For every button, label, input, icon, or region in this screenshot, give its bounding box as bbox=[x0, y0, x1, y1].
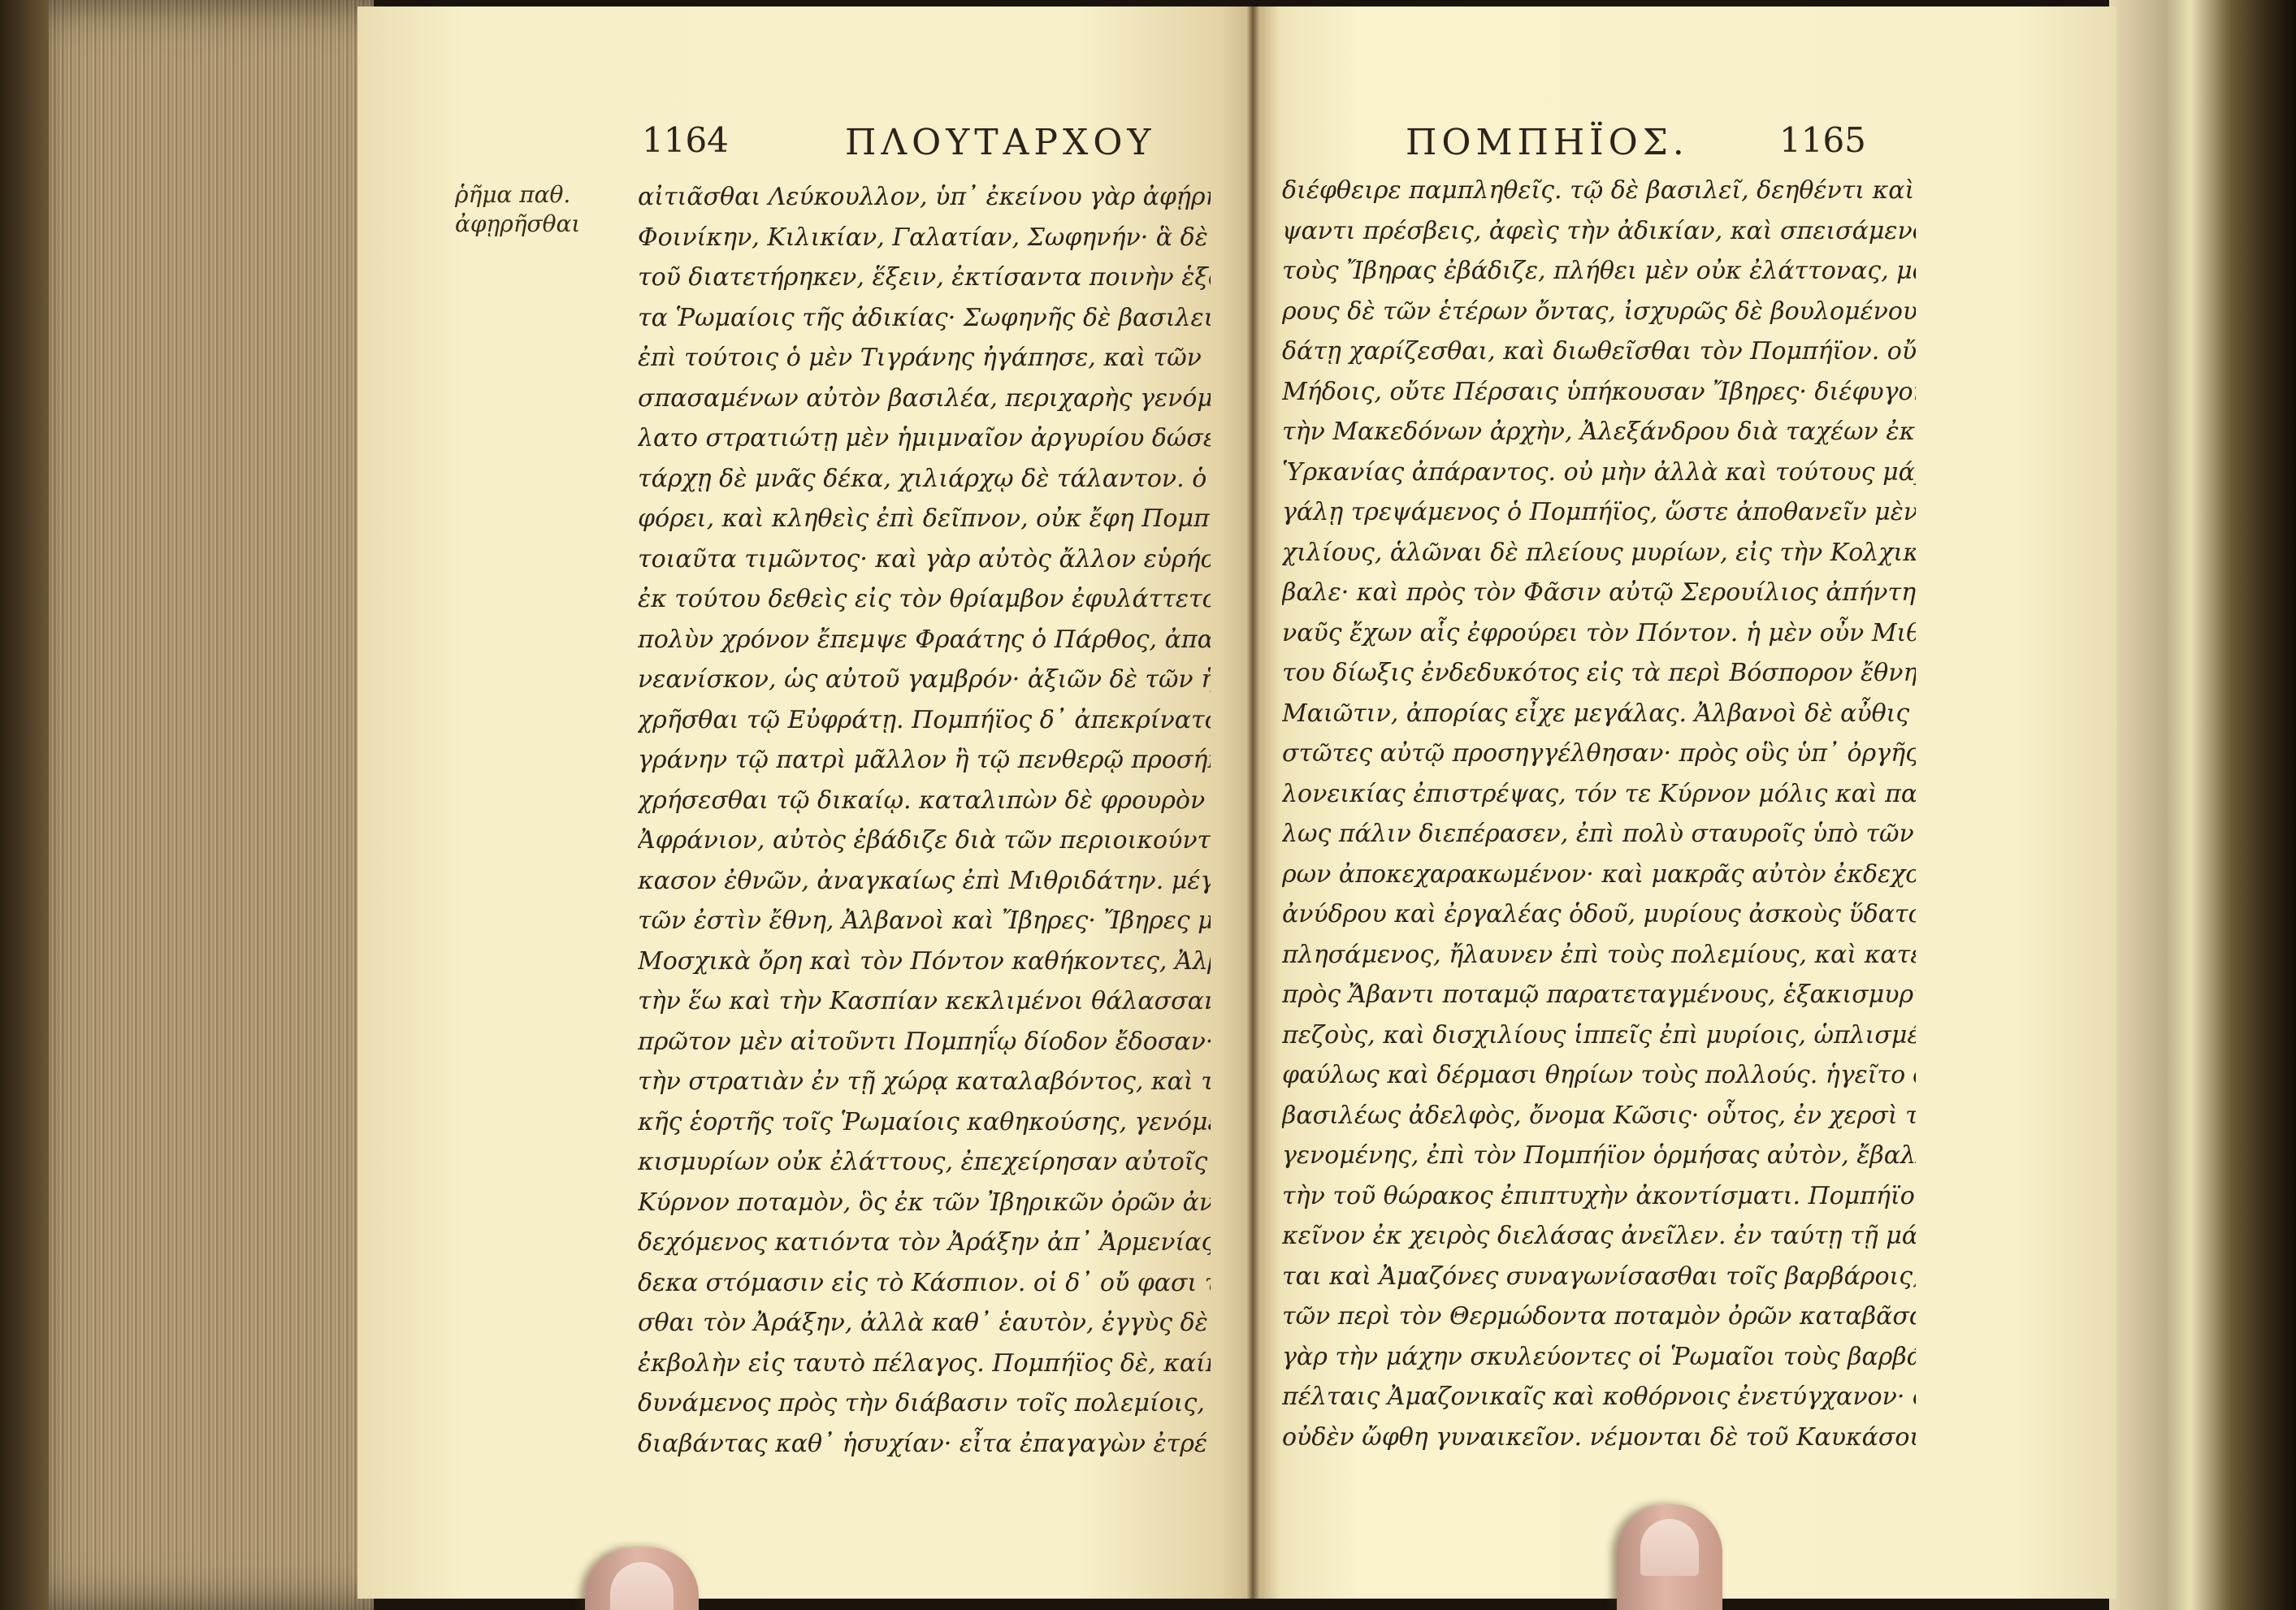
text-line: δεκα στόμασιν εἰς τὸ Κάσπιον. οἱ δ᾽ οὔ φ… bbox=[638, 1263, 1211, 1304]
text-line: τὴν στρατιὰν ἐν τῇ χώρᾳ καταλαβόντος, κα… bbox=[638, 1062, 1211, 1102]
margin-note-line: ῥῆμα παθ. bbox=[455, 180, 580, 210]
text-line: διαβάντας καθ᾽ ἡσυχίαν· εἶτα ἐπαγαγὼν ἐτ… bbox=[638, 1424, 1211, 1465]
text-line: χιλίους, ἁλῶναι δὲ πλείους μυρίων, εἰς τ… bbox=[1282, 533, 1916, 573]
text-line: τὴν ἕω καὶ τὴν Κασπίαν κεκλιμένοι θάλασσ… bbox=[638, 981, 1211, 1022]
text-line: πρὸς Ἄβαντι ποταμῷ παρατεταγμένους, ἑξακ… bbox=[1282, 975, 1916, 1015]
left-page-stack bbox=[0, 0, 374, 1610]
text-line: σθαι τὸν Ἀράξην, ἀλλὰ καθ᾽ ἑαυτὸν, ἐγγὺς… bbox=[638, 1303, 1211, 1344]
text-line: σπασαμένων αὐτὸν βασιλέα, περιχαρὴς γενό… bbox=[638, 379, 1211, 419]
text-line: βαλε· καὶ πρὸς τὸν Φᾶσιν αὐτῷ Σερουίλιος… bbox=[1282, 573, 1916, 613]
text-line: ψαντι πρέσβεις, ἀφεὶς τὴν ἀδικίαν, καὶ σ… bbox=[1282, 211, 1916, 252]
margin-note-line: ἀφῃρῆσθαι bbox=[455, 210, 580, 239]
left-running-head: ΠΛΟΥΤΑΡΧΟΥ bbox=[845, 122, 1155, 163]
text-line: νεανίσκον, ὡς αὐτοῦ γαμβρόν· ἀξιῶν δὲ τῶ… bbox=[638, 660, 1211, 700]
text-line: τάρχῃ δὲ μνᾶς δέκα, χιλιάρχῳ δὲ τάλαντον… bbox=[638, 459, 1211, 500]
text-line: του δίωξις ἐνδεδυκότος εἰς τὰ περὶ Βόσπο… bbox=[1282, 653, 1916, 694]
text-line: ἀνύδρου καὶ ἐργαλέας ὁδοῦ, μυρίους ἀσκοὺ… bbox=[1282, 894, 1916, 935]
text-line: γάλῃ τρεψάμενος ὁ Πομπήϊος, ὥστε ἀποθανε… bbox=[1282, 492, 1916, 533]
text-line: ται καὶ Ἀμαζόνες συναγωνίσασθαι τοῖς βαρ… bbox=[1282, 1257, 1916, 1297]
text-line: Φοινίκην, Κιλικίαν, Γαλατίαν, Σωφηνήν· ἃ… bbox=[638, 218, 1211, 258]
handwritten-margin-note: ῥῆμα παθ. ἀφῃρῆσθαι bbox=[455, 180, 580, 239]
text-line: ρων ἀποκεχαρακωμένον· καὶ μακρᾶς αὐτὸν ἐ… bbox=[1282, 855, 1916, 895]
right-page-text: διέφθειρε παμπληθεῖς. τῷ δὲ βασιλεῖ, δεη… bbox=[1282, 171, 1916, 1457]
text-line: χρῆσθαι τῷ Εὐφράτῃ. Πομπήϊος δ᾽ ἀπεκρίνα… bbox=[638, 700, 1211, 741]
text-line: λως πάλιν διεπέρασεν, ἐπὶ πολὺ σταυροῖς … bbox=[1282, 814, 1916, 855]
text-line: διέφθειρε παμπληθεῖς. τῷ δὲ βασιλεῖ, δεη… bbox=[1282, 171, 1916, 211]
text-line: λονεικίας ἐπιστρέψας, τόν τε Κύρνον μόλι… bbox=[1282, 774, 1916, 815]
text-line: τα Ῥωμαίοις τῆς ἀδικίας· Σωφηνῆς δὲ βασι… bbox=[638, 298, 1211, 339]
text-line: κεῖνον ἐκ χειρὸς διελάσας ἀνεῖλεν. ἐν τα… bbox=[1282, 1216, 1916, 1257]
text-line: στῶτες αὐτῷ προσηγγέλθησαν· πρὸς οὓς ὑπ᾽… bbox=[1282, 734, 1916, 774]
right-running-head: ΠΟΜΠΗΪΟΣ. bbox=[1406, 122, 1689, 163]
left-folio-number: 1164 bbox=[642, 120, 729, 160]
text-line: πεζοὺς, καὶ δισχιλίους ἱππεῖς ἐπὶ μυρίοι… bbox=[1282, 1015, 1916, 1056]
text-line: γενομένης, ἐπὶ τὸν Πομπήϊον ὁρμήσας αὐτὸ… bbox=[1282, 1136, 1916, 1176]
text-line: τὴν Μακεδόνων ἀρχὴν, Ἀλεξάνδρου διὰ ταχέ… bbox=[1282, 412, 1916, 452]
text-line: πλησάμενος, ἤλαυνεν ἐπὶ τοὺς πολεμίους, … bbox=[1282, 935, 1916, 976]
text-line: αἰτιᾶσθαι Λεύκουλλον, ὑπ᾽ ἐκείνου γὰρ ἀφ… bbox=[638, 177, 1211, 218]
text-line: πρῶτον μὲν αἰτοῦντι Πομπηΐῳ δίοδον ἔδοσα… bbox=[638, 1022, 1211, 1063]
text-line: ρους δὲ τῶν ἑτέρων ὄντας, ἰσχυρῶς δὲ βου… bbox=[1282, 292, 1916, 332]
text-line: γράνην τῷ πατρὶ μᾶλλον ἢ τῷ πενθερῷ προσ… bbox=[638, 740, 1211, 781]
text-line: Μαιῶτιν, ἀπορίας εἶχε μεγάλας. Ἀλβανοὶ δ… bbox=[1282, 694, 1916, 734]
text-line: δάτῃ χαρίζεσθαι, καὶ διωθεῖσθαι τὸν Πομπ… bbox=[1282, 331, 1916, 372]
text-line: Ἀφράνιον, αὐτὸς ἐβάδιζε διὰ τῶν περιοικο… bbox=[638, 820, 1211, 861]
right-folio-number: 1165 bbox=[1779, 120, 1866, 160]
text-line: Μοσχικὰ ὄρη καὶ τὸν Πόντον καθήκοντες, Ἀ… bbox=[638, 941, 1211, 982]
text-line: δεχόμενος κατιόντα τὸν Ἀράξην ἀπ᾽ Ἀρμενί… bbox=[638, 1223, 1211, 1263]
text-line: Μήδοις, οὔτε Πέρσαις ὑπήκουσαν Ἴβηρες· δ… bbox=[1282, 372, 1916, 413]
text-line: φαύλως καὶ δέρμασι θηρίων τοὺς πολλούς. … bbox=[1282, 1055, 1916, 1096]
text-line: τοῦ διατετήρηκεν, ἕξειν, ἐκτίσαντα ποινὴ… bbox=[638, 258, 1211, 298]
text-line: τῶν ἐστὶν ἔθνη, Ἀλβανοὶ καὶ Ἴβηρες· Ἴβηρ… bbox=[638, 901, 1211, 941]
text-line: οὐδὲν ὤφθη γυναικεῖον. νέμονται δὲ τοῦ Κ… bbox=[1282, 1417, 1916, 1458]
text-line: πολὺν χρόνον ἔπεμψε Φραάτης ὁ Πάρθος, ἀπ… bbox=[638, 620, 1211, 660]
text-line: ναῦς ἔχων αἷς ἐφρούρει τὸν Πόντον. ἡ μὲν… bbox=[1282, 613, 1916, 654]
text-line: τοιαῦτα τιμῶντος· καὶ γὰρ αὐτὸς ἄλλον εὑ… bbox=[638, 539, 1211, 580]
right-page-stack-and-cover bbox=[2109, 0, 2296, 1610]
open-book-scan: 1164 ΠΛΟΥΤΑΡΧΟΥ ῥῆμα παθ. ἀφῃρῆσθαι αἰτι… bbox=[0, 0, 2296, 1610]
text-line: τὴν τοῦ θώρακος ἐπιπτυχὴν ἀκοντίσματι. Π… bbox=[1282, 1176, 1916, 1217]
text-line: ἐκ τούτου δεθεὶς εἰς τὸν θρίαμβον ἐφυλάτ… bbox=[638, 579, 1211, 620]
text-line: κισμυρίων οὐκ ἐλάττους, ἐπεχείρησαν αὐτο… bbox=[638, 1142, 1211, 1183]
text-line: τῶν περὶ τὸν Θερμώδοντα ποταμὸν ὀρῶν κατ… bbox=[1282, 1296, 1916, 1337]
text-line: πέλταις Ἀμαζονικαῖς καὶ κοθόρνοις ἐνετύγ… bbox=[1282, 1377, 1916, 1417]
text-line: βασιλέως ἀδελφὸς, ὄνομα Κῶσις· οὗτος, ἐν… bbox=[1282, 1096, 1916, 1136]
text-line: κασον ἐθνῶν, ἀναγκαίως ἐπὶ Μιθριδάτην. μ… bbox=[638, 861, 1211, 902]
book-gutter bbox=[1247, 6, 1258, 1599]
text-line: τοὺς Ἴβηρας ἐβάδιζε, πλήθει μὲν οὐκ ἐλάτ… bbox=[1282, 251, 1916, 292]
text-line: γὰρ τὴν μάχην σκυλεύοντες οἱ Ῥωμαῖοι τοὺ… bbox=[1282, 1337, 1916, 1378]
text-line: ἐκβολὴν εἰς ταυτὸ πέλαγος. Πομπήϊος δὲ, … bbox=[638, 1344, 1211, 1384]
text-line: λατο στρατιώτῃ μὲν ἡμιμναῖον ἀργυρίου δώ… bbox=[638, 418, 1211, 459]
text-line: Ὑρκανίας ἀπάραντος. οὐ μὴν ἀλλὰ καὶ τούτ… bbox=[1282, 452, 1916, 493]
right-thumb bbox=[1617, 1504, 1722, 1610]
text-line: φόρει, καὶ κληθεὶς ἐπὶ δεῖπνον, οὐκ ἔφη … bbox=[638, 499, 1211, 539]
text-line: κῆς ἑορτῆς τοῖς Ῥωμαίοις καθηκούσης, γεν… bbox=[638, 1102, 1211, 1143]
text-line: χρήσεσθαι τῷ δικαίῳ. καταλιπὼν δὲ φρουρὸ… bbox=[638, 781, 1211, 821]
text-line: ἐπὶ τούτοις ὁ μὲν Τιγράνης ἠγάπησε, καὶ … bbox=[638, 338, 1211, 379]
left-page-text: αἰτιᾶσθαι Λεύκουλλον, ὑπ᾽ ἐκείνου γὰρ ἀφ… bbox=[638, 177, 1211, 1464]
text-line: Κύρνον ποταμὸν, ὃς ἐκ τῶν Ἰβηρικῶν ὀρῶν … bbox=[638, 1183, 1211, 1223]
text-line: δυνάμενος πρὸς τὴν διάβασιν τοῖς πολεμίο… bbox=[638, 1383, 1211, 1424]
